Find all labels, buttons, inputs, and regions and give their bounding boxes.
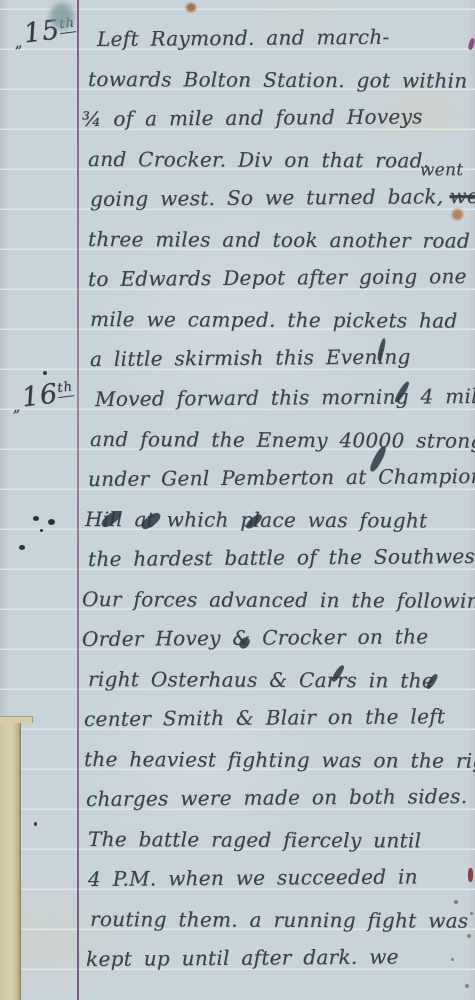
diary-line: the heaviest fighting was on the right — [84, 742, 475, 778]
red-edge-mark — [468, 868, 473, 882]
foxing-speck — [470, 912, 473, 915]
diary-page: „15th „16th Left Raymond. and march- tow… — [0, 0, 475, 1000]
diary-line: towards Bolton Station. got within — [88, 62, 468, 98]
foxing-speck — [454, 900, 458, 904]
diary-line: routing them. a running fight was — [90, 902, 469, 938]
ditto-mark: „ — [11, 397, 22, 416]
foxing-speck — [467, 934, 471, 938]
diary-line: under Genl Pemberton at Champion — [88, 459, 475, 496]
diary-line: Order Hovey & Crocker on the — [82, 619, 429, 656]
day-number: 16 — [20, 378, 60, 413]
diary-line-with-correction: going west. So we turned back,wentwent — [90, 179, 475, 216]
margin-rule-line — [77, 0, 79, 1000]
diary-line: 4 P.M. when we succeeded in — [88, 859, 418, 896]
diary-line: three miles and took another road — [88, 222, 470, 258]
ditto-mark: „ — [13, 33, 24, 52]
diary-line: mile we camped. the pickets had — [90, 302, 458, 338]
diary-line-text: going west. So we turned back, — [90, 184, 444, 211]
ink-spatter — [40, 529, 43, 532]
ink-spatter — [19, 545, 25, 550]
inserted-word: went — [420, 162, 464, 179]
diary-line: The battle raged fiercely until — [88, 822, 421, 857]
diary-line: a little skirmish this Evening — [90, 339, 411, 376]
underlying-page-edge — [0, 722, 21, 1000]
gray-smudge-stain — [50, 3, 74, 29]
ordinal-suffix: th — [56, 379, 74, 398]
diary-line: ¾ of a mile and found Hoveys — [82, 99, 423, 136]
diary-line: and found the Enemy 40000 strong — [90, 422, 475, 458]
diary-line: center Smith & Blair on the left — [84, 699, 445, 736]
diary-line: charges were made on both sides. — [86, 779, 468, 816]
diary-line: and Crocker. Div on that road. — [88, 142, 430, 177]
ink-spatter — [33, 516, 39, 521]
diary-line: the hardest battle of the Southwest — [88, 539, 475, 576]
diary-line: right Osterhaus & Carrs in the — [88, 662, 434, 698]
diary-line: Moved forward this morning 4 miles — [95, 379, 475, 416]
diary-line: Our forces advanced in the following — [82, 582, 475, 618]
diary-line: to Edwards Depot after going one — [88, 259, 467, 296]
struck-word: went — [449, 184, 475, 208]
foxing-speck — [465, 984, 469, 988]
rust-spot — [186, 3, 196, 12]
ink-spatter — [48, 519, 55, 525]
ink-spatter — [34, 822, 37, 826]
rust-spot — [452, 209, 463, 220]
diary-line: Left Raymond. and march- — [97, 20, 390, 56]
diary-line: kept up until after dark. we — [86, 940, 399, 976]
ink-spatter — [43, 371, 47, 375]
foxing-speck — [451, 958, 454, 961]
